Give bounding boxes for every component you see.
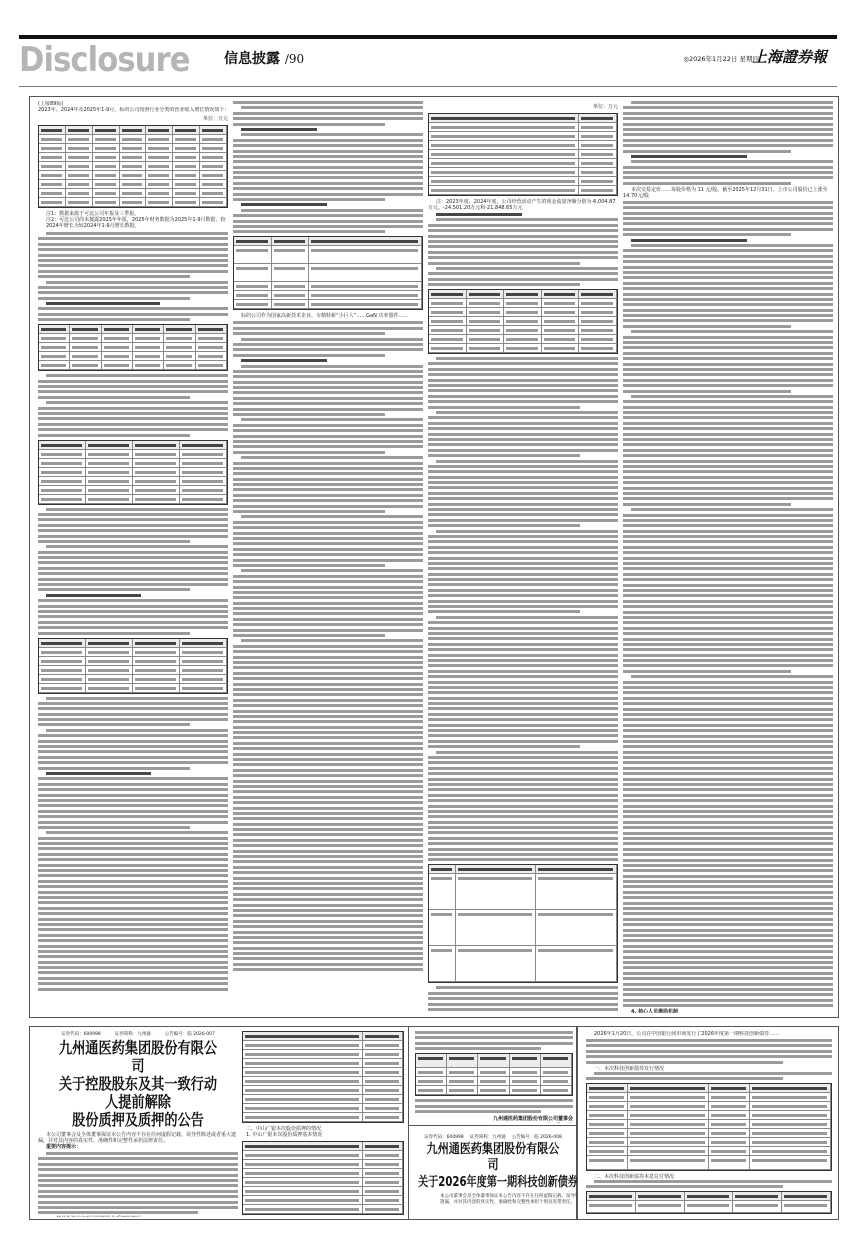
section-title: 信息披露 /90 [224,48,304,68]
stock-info: 证券代码：600998 证券简称：九州通 公告编号：临 2026-008 [409,1134,577,1140]
section-title-text: 信息披露 [224,51,280,67]
cash-flow-table [428,113,618,196]
company-name: 九州通医药集团股份有限公司 [422,1142,565,1174]
bond-issuance-table [586,1083,832,1171]
body-text [428,213,618,286]
body-text [38,1152,238,1214]
product-comparison-table [233,236,423,310]
stock-name: 证券简称：九州通 [470,1134,506,1140]
bond-repayment-table [586,1191,832,1214]
cumulative-pledge-table [415,1053,573,1096]
body-text [38,232,228,321]
section-unpledge: 一、楚昌投资本次提前解除股份质押的情况 [38,1216,238,1217]
body-text [233,101,423,233]
section-pledge-sub: 1. 中山广银本次股份质押基本情况 [242,1132,404,1138]
industry-table-2 [38,440,228,505]
note-2: 注2：可比公司尚未披露2025年年报，2025年财务数据为2025年1-9月数据… [46,217,228,229]
unit-label: 单位：万元 [38,115,228,122]
masthead-bottom-rule [19,86,837,87]
cash-flow-note: 注：2023年度、2024年度，公司经营活动产生的现金流量净额分别为-6,004… [428,199,618,211]
notice-number: 公告编号：临 2026-007 [165,1031,215,1037]
body-text [586,1072,832,1080]
announcement-title-line-2: 股份质押及质押的公告 [53,1111,223,1129]
industry-table-1 [38,324,228,371]
masthead-top-rule [19,35,837,39]
stock-code: 证券代码：600998 [424,1134,464,1140]
column-3: 单位：万元 注：2023年度、2024年度，公司经营活动产生的现金流量净额分别为… [428,101,618,1013]
important-label: 重要内容提示： [38,1144,238,1150]
pledge-table [242,1141,404,1215]
stock-code: 证券代码：600998 [61,1031,101,1037]
unit-label: 单位：万元 [428,103,618,110]
stock-info: 证券代码：600998 证券简称：九州通 公告编号：临 2026-007 [38,1031,238,1037]
intro-line: 2023年、2024年及2025年1-9月，标的公司按照行业分类的营业收入增长情… [38,107,228,113]
column-1: (上接89版) 2023年、2024年及2025年1-9月，标的公司按照行业分类… [38,101,228,1013]
stock-name: 证券简称：九州通 [115,1031,151,1037]
financial-table [428,289,618,354]
announcement-2-header: 证券代码：600998 证券简称：九州通 公告编号：临 2026-008 九州通… [409,1134,577,1174]
body-text [428,986,618,1013]
main-article-box: (上接89版) 2023年、2024年及2025年1-9月，标的公司按照行业分类… [29,96,839,1018]
section-logo: Disclosure [19,40,190,80]
announcement-bond-body-box: 2026年1月20日，公司在中国银行间市场发行了2026年度第一期科技创新债券…… [577,1026,839,1220]
body-text [623,101,833,185]
risk-table [428,864,618,983]
announcement-pledge-continued-box: 九州通医药集团股份有限公司董事会 2026年1月22日 [409,1026,577,1126]
price-note: 本次交易定价……每股价格为 11 元/股，截至2025年12月31日，上市公司股… [623,187,833,199]
announcement-pledge-box: 证券代码：600998 证券简称：九州通 公告编号：临 2026-007 九州通… [29,1026,409,1220]
announcement-pledge-left: 证券代码：600998 证券简称：九州通 公告编号：临 2026-007 九州通… [38,1031,238,1217]
announcement-bond-box: 证券代码：600998 证券简称：九州通 公告编号：临 2026-008 九州通… [409,1126,577,1220]
body-text [586,1180,832,1188]
masthead: Disclosure 信息披露 /90 ◎2026年1月22日 星期四 上海證券… [19,42,837,80]
body-text [623,201,833,1007]
core-staff-heading: 4. 核心人员激励机制 [623,1009,833,1013]
body-text [428,357,618,861]
announcement-2-title: 关于2026年度第一期科技创新债券发行结果的公告 [418,1175,590,1190]
newspaper-name: 上海證券報 [752,46,827,67]
body-text [233,321,423,971]
bond-body: 2026年1月20日，公司在中国银行间市场发行了2026年度第一期科技创新债券…… [586,1031,832,1217]
revenue-growth-table [38,125,228,208]
unpledge-table [242,1031,404,1123]
announcement-header: 证券代码：600998 证券简称：九州通 公告编号：临 2026-007 九州通… [38,1031,238,1129]
body-text [38,697,228,991]
announcement-1-signature-company: 九州通医药集团股份有限公司董事会 [415,1116,573,1123]
column-4: 本次交易定价……每股价格为 11 元/股，截至2025年12月31日，上市公司股… [623,101,833,1013]
announcement-pledge-right: 二、中山广银本次股份质押的情况 1. 中山广银本次股份质押基本情况 [242,1031,404,1217]
body-text [415,1099,573,1113]
column-2: 标的公司作为国家高新技术企业、专精特新“小巨人”……GaN 功率器件…… [233,101,423,1013]
gan-note: 标的公司作为国家高新技术企业、专精特新“小巨人”……GaN 功率器件…… [233,313,423,319]
body-text [415,1031,573,1050]
body-text [38,508,228,635]
board-statement: 本公司董事会及全体董事保证本公告内容不存在任何虚假记载、误导性陈述或者重大遗漏，… [38,1132,238,1144]
bond-excerpt: 2026年1月20日，公司在中国银行间市场发行了2026年度第一期科技创新债券…… [586,1031,832,1037]
industry-table-3 [38,638,228,694]
company-name: 九州通医药集团股份有限公司 [53,1039,223,1075]
body-text [38,374,228,436]
body-text [586,1039,832,1064]
announcement-title-line-1: 关于控股股东及其一致行动人提前解除 [53,1075,223,1111]
notice-number: 公告编号：临 2026-008 [512,1134,562,1140]
issue-date: ◎2026年1月22日 星期四 [683,54,759,63]
page-number: /90 [285,52,304,66]
pledge-continued: 九州通医药集团股份有限公司董事会 2026年1月22日 [415,1031,573,1123]
